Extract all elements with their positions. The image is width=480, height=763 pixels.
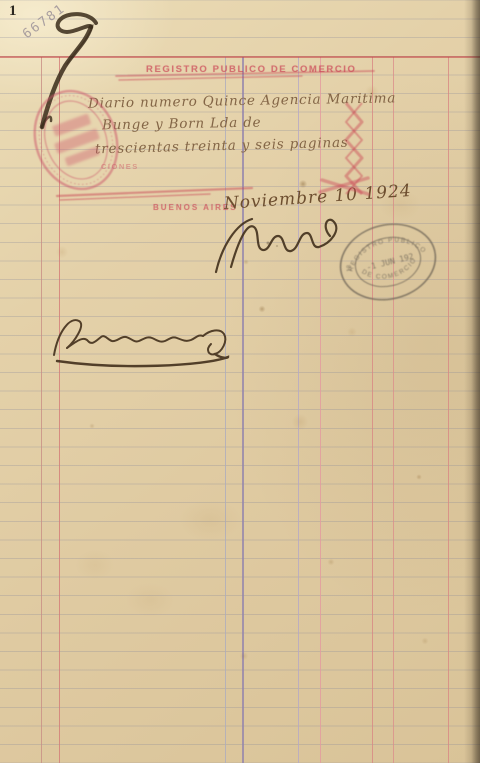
red-column-cross bbox=[320, 178, 368, 194]
pen-flourish bbox=[42, 14, 96, 127]
williams-signature bbox=[54, 320, 228, 366]
ledger-page: 1 66781 REGISTRO PUBLICO DE COMERCIO Dia… bbox=[0, 0, 480, 763]
red-oval-stamp bbox=[21, 79, 130, 200]
oval-stamp-side-number: 18 bbox=[347, 264, 353, 272]
rubric-signature bbox=[216, 219, 336, 272]
red-underline-marks bbox=[116, 71, 374, 80]
black-oval-stamp: REGISTRO PUBLICO DE COMERCIO -1 JUN 192 … bbox=[332, 214, 443, 309]
ink-and-stamp-overlay: REGISTRO PUBLICO DE COMERCIO -1 JUN 192 … bbox=[0, 0, 480, 763]
page-edge-shadow bbox=[464, 0, 480, 763]
